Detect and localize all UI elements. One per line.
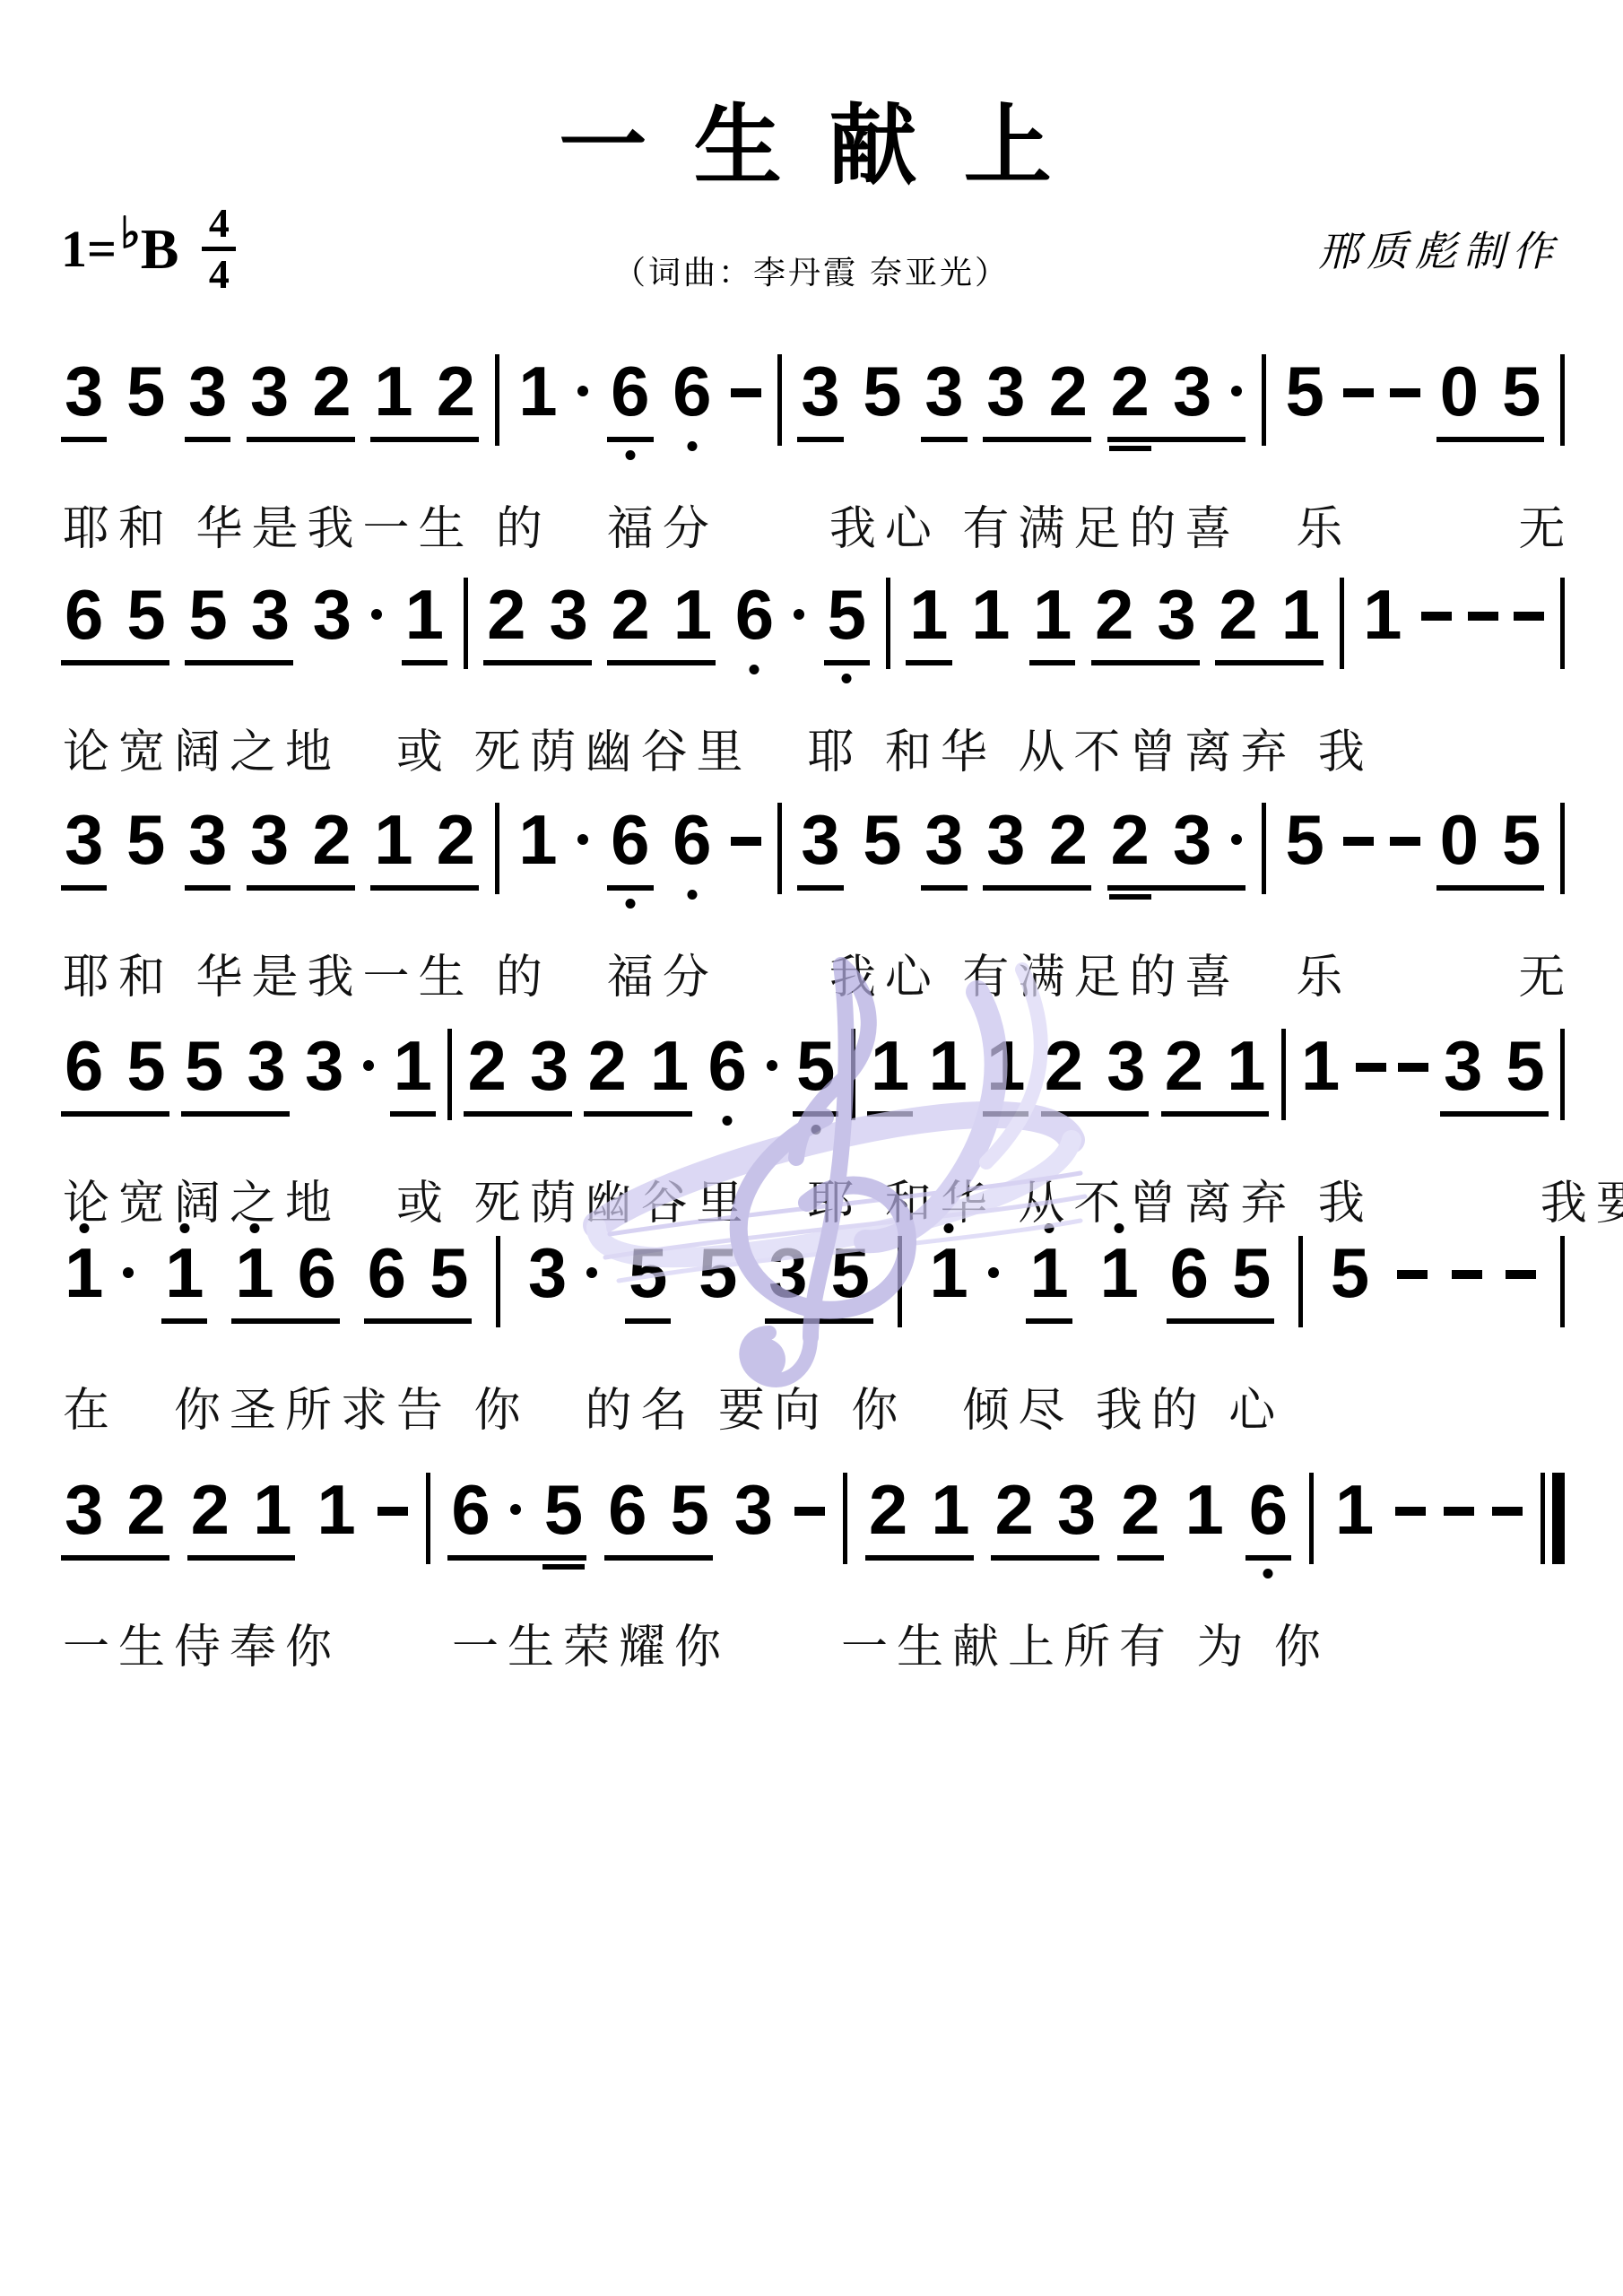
- note-digit: 1: [1281, 579, 1320, 649]
- song-title: 一 生 献 上: [0, 75, 1623, 202]
- note-group: 1: [1332, 1474, 1377, 1561]
- beamed-note-group: 16: [231, 1238, 340, 1324]
- note-digit: 6: [611, 804, 649, 874]
- thin-barline: [1541, 1473, 1545, 1564]
- note-digit: 1: [405, 579, 444, 649]
- barline: [898, 1236, 902, 1327]
- lyrics-row: 耶和 华是我一生 的 福分 我心 有满足的喜 乐 无: [63, 939, 1574, 1006]
- duration-dash: [1421, 612, 1452, 621]
- duration-dash: [1452, 1270, 1482, 1279]
- note-digit: 3: [65, 804, 103, 874]
- note-group: 1: [515, 804, 591, 891]
- note-digit: 3: [924, 356, 963, 426]
- beamed-note-group: 3: [185, 804, 230, 891]
- high-octave-dot: [1045, 1223, 1055, 1233]
- beamed-note-group: 3: [797, 804, 843, 891]
- beamed-note-group: 23: [991, 1474, 1099, 1561]
- notes-row: 322116565321232161: [61, 1474, 1565, 1564]
- augmentation-dot: [577, 386, 588, 396]
- note-digit: 5: [1502, 356, 1541, 426]
- note-digit: 3: [1173, 804, 1211, 874]
- lyrics-row: 耶和 华是我一生 的 福分 我心 有满足的喜 乐 无: [63, 491, 1574, 558]
- barline: [495, 354, 499, 446]
- music-line: 11166535535111655在 你圣所求告 你 的名 要向 你 倾尽 我的…: [61, 1238, 1565, 1327]
- beamed-note-group: 32: [983, 804, 1091, 891]
- note-digit: 5: [828, 579, 866, 649]
- note-digit: 5: [185, 1031, 223, 1100]
- low-octave-dot: [687, 441, 697, 451]
- note-digit: 1: [253, 1474, 291, 1544]
- beamed-note-group: 3: [797, 356, 843, 442]
- note-digit: 1: [518, 804, 557, 874]
- augmentation-dot: [586, 1267, 597, 1278]
- note-digit: 3: [1173, 356, 1211, 426]
- beamed-note-group: 1: [867, 1031, 913, 1117]
- augmentation-dot: [794, 609, 804, 620]
- barline: [1298, 1236, 1303, 1327]
- duration-dash: [1343, 388, 1374, 397]
- barline: [886, 578, 890, 669]
- note-digit: 2: [1121, 1474, 1159, 1544]
- note-group: 1: [1359, 579, 1405, 665]
- meter-numerator: 4: [209, 203, 230, 244]
- note-digit: 6: [611, 356, 649, 426]
- final-double-barline: [1541, 1473, 1565, 1564]
- beamed-note-group: 21: [607, 579, 716, 665]
- beamed-note-group: 35: [765, 1238, 873, 1324]
- note-digit: 3: [250, 356, 289, 426]
- high-octave-dot: [79, 1223, 89, 1233]
- note-digit: 6: [65, 579, 103, 649]
- augmentation-dot: [371, 609, 382, 620]
- low-octave-dot: [723, 1116, 733, 1126]
- note-group: 5: [859, 356, 905, 442]
- note-digit: 3: [247, 1031, 285, 1100]
- music-line: 322116565321232161一生侍奉你 一生荣耀你 一生献上所有 为 你: [61, 1474, 1565, 1564]
- note-digit: 2: [126, 1474, 165, 1544]
- low-octave-dot: [625, 450, 635, 460]
- duration-dash: [378, 1507, 408, 1516]
- beamed-note-group: 6: [1245, 1474, 1291, 1561]
- duration-dash: [1395, 1507, 1426, 1516]
- note-digit: 3: [924, 804, 963, 874]
- note-group: 1: [925, 1238, 1002, 1324]
- lyrics-row: 论宽阔之地 或 死荫幽谷里 耶 和华 从不曾离弃 我 我要: [63, 1165, 1623, 1232]
- beamed-note-group: 05: [1436, 804, 1545, 891]
- note-group: 6: [669, 804, 715, 891]
- lyrics-row: 论宽阔之地 或 死荫幽谷里 耶 和华 从不曾离弃 我: [63, 714, 1374, 781]
- note-group: 3: [309, 579, 386, 665]
- note-group: 1: [1097, 1238, 1142, 1324]
- producer-credit: 邢质彪制作: [1318, 219, 1560, 278]
- beamed-note-group: 5: [793, 1031, 838, 1117]
- note-digit: 1: [931, 1474, 969, 1544]
- note-digit: 2: [1165, 1031, 1203, 1100]
- note-digit: 3: [65, 1474, 103, 1544]
- beamed-note-group: 05: [1436, 356, 1545, 442]
- beamed-note-group: 23: [1107, 804, 1246, 891]
- note-digit: 3: [188, 804, 227, 874]
- note-digit: 3: [313, 579, 352, 649]
- note-digit: 3: [768, 1238, 807, 1308]
- note-digit: 2: [994, 1474, 1033, 1544]
- beamed-note-group: 53: [181, 1031, 290, 1117]
- note-digit: 2: [437, 804, 475, 874]
- duration-dash: [1343, 837, 1374, 846]
- note-digit: 1: [235, 1238, 273, 1308]
- note-digit: 1: [673, 579, 712, 649]
- beamed-note-group: 1: [1026, 1238, 1072, 1324]
- beamed-note-group: 65: [1167, 1238, 1275, 1324]
- augmentation-dot: [510, 1504, 521, 1515]
- duration-dash: [1398, 1063, 1428, 1072]
- thick-barline: [1552, 1473, 1565, 1564]
- note-digit: 3: [986, 356, 1025, 426]
- note-digit: 5: [126, 804, 165, 874]
- note-digit: 1: [1335, 1474, 1374, 1544]
- note-digit: 1: [165, 1238, 204, 1308]
- note-group: 6: [669, 356, 715, 442]
- duration-dash: [731, 837, 761, 846]
- note-digit: 6: [735, 579, 774, 649]
- note-digit: 1: [971, 579, 1010, 649]
- note-digit: 3: [65, 356, 103, 426]
- low-octave-dot: [842, 674, 852, 683]
- beamed-note-group: 5: [824, 579, 870, 665]
- note-digit: 1: [518, 356, 557, 426]
- beamed-note-group: 1: [1029, 579, 1075, 665]
- beamed-note-group: 23: [483, 579, 592, 665]
- note-digit: 5: [629, 1238, 667, 1308]
- note-digit: 3: [986, 804, 1025, 874]
- beamed-note-group: 6: [607, 804, 653, 891]
- note-digit: 3: [251, 579, 290, 649]
- note-digit: 1: [1185, 1474, 1223, 1544]
- note-digit: 2: [611, 579, 649, 649]
- note-digit: 3: [188, 356, 227, 426]
- note-digit: 5: [544, 1474, 583, 1544]
- note-group: 3: [731, 1474, 777, 1561]
- beamed-note-group: 23: [1041, 1031, 1150, 1117]
- beamed-note-group: 1: [390, 1031, 436, 1117]
- high-octave-dot: [1115, 1223, 1124, 1233]
- music-line: 35332121663533223505耶和 华是我一生 的 福分 我心 有满足…: [61, 356, 1565, 446]
- beamed-note-group: 2: [1117, 1474, 1163, 1561]
- note-group: 5: [859, 804, 905, 891]
- note-digit: 6: [673, 356, 711, 426]
- note-digit: 3: [305, 1031, 343, 1100]
- note-digit: 5: [1331, 1238, 1369, 1308]
- note-group: 5: [1281, 804, 1327, 891]
- note-digit: 2: [312, 356, 351, 426]
- barline: [1281, 1029, 1286, 1120]
- duration-dash: [1356, 1063, 1386, 1072]
- note-group: 1: [61, 1238, 137, 1324]
- note-digit: 3: [1444, 1031, 1482, 1100]
- duration-dash: [1390, 388, 1420, 397]
- beamed-note-group: 32: [61, 1474, 169, 1561]
- note-digit: 6: [673, 804, 711, 874]
- note-digit: 2: [1111, 356, 1150, 426]
- augmentation-dot: [363, 1060, 374, 1071]
- note-digit: 5: [699, 1238, 737, 1308]
- beamed-note-group: 65: [61, 579, 169, 665]
- beamed-note-group: 12: [370, 356, 479, 442]
- note-digit: 1: [65, 1238, 103, 1308]
- note-group: 1: [313, 1474, 359, 1561]
- note-digit: 5: [863, 804, 901, 874]
- note-digit: 3: [1107, 1031, 1145, 1100]
- note-group: 3: [301, 1031, 378, 1117]
- beamed-note-group: 3: [921, 356, 967, 442]
- note-digit: 5: [670, 1474, 708, 1544]
- note-digit: 5: [1285, 804, 1324, 874]
- note-digit: 2: [487, 579, 525, 649]
- barline: [1262, 354, 1266, 446]
- beamed-note-group: 1: [402, 579, 447, 665]
- beamed-note-group: 3: [61, 356, 107, 442]
- duration-dash: [1492, 1507, 1523, 1516]
- note-group: 1: [924, 1031, 970, 1117]
- beamed-note-group: 5: [625, 1238, 671, 1324]
- duration-dash: [731, 388, 761, 397]
- note-group: 1: [1298, 1031, 1343, 1117]
- augmentation-dot: [577, 834, 588, 845]
- note-digit: 3: [734, 1474, 773, 1544]
- note-digit: 1: [1363, 579, 1402, 649]
- note-digit: 5: [188, 579, 227, 649]
- barline: [1560, 354, 1565, 446]
- note-digit: 2: [1049, 804, 1088, 874]
- beamed-note-group: 21: [187, 1474, 296, 1561]
- augmentation-dot: [988, 1267, 999, 1278]
- note-digit: 5: [1502, 804, 1541, 874]
- duration-dash: [1514, 612, 1544, 621]
- note-digit: 1: [909, 579, 948, 649]
- note-digit: 1: [928, 1031, 967, 1100]
- duration-dash: [1390, 837, 1420, 846]
- note-group: 1: [515, 356, 591, 442]
- note-group: 1: [968, 579, 1013, 665]
- note-digit: 5: [796, 1031, 835, 1100]
- augmentation-dot: [123, 1267, 134, 1278]
- notes-row: 11166535535111655: [61, 1238, 1565, 1327]
- note-digit: 0: [1440, 804, 1479, 874]
- high-octave-dot: [179, 1223, 189, 1233]
- note-group: 5: [1327, 1238, 1373, 1324]
- barline: [1560, 803, 1565, 894]
- note-digit: 3: [1157, 579, 1195, 649]
- note-digit: 1: [394, 1031, 432, 1100]
- barline: [777, 803, 782, 894]
- barline: [851, 1029, 855, 1120]
- note-digit: 3: [528, 1238, 567, 1308]
- note-group: 6: [732, 579, 808, 665]
- beamed-note-group: 65: [447, 1474, 586, 1561]
- beamed-note-group: 1: [161, 1238, 207, 1324]
- beamed-note-group: 21: [584, 1031, 692, 1117]
- beamed-note-group: 21: [865, 1474, 974, 1561]
- note-digit: 5: [430, 1238, 468, 1308]
- note-digit: 2: [1111, 804, 1150, 874]
- low-octave-dot: [811, 1125, 820, 1135]
- beamed-note-group: 23: [1091, 579, 1200, 665]
- beamed-note-group: 23: [1107, 356, 1246, 442]
- note-digit: 1: [986, 1031, 1025, 1100]
- duration-dash: [1468, 612, 1498, 621]
- note-digit: 3: [250, 804, 289, 874]
- duration-dash: [794, 1507, 825, 1516]
- beamed-note-group: 32: [247, 356, 355, 442]
- augmentation-dot: [1231, 386, 1242, 396]
- barline: [1309, 1473, 1314, 1564]
- barline: [1560, 1236, 1565, 1327]
- note-digit: 0: [1440, 356, 1479, 426]
- note-digit: 6: [451, 1474, 490, 1544]
- beamed-note-group: 1: [906, 579, 951, 665]
- note-digit: 2: [467, 1031, 506, 1100]
- note-digit: 1: [650, 1031, 689, 1100]
- beamed-note-group: 53: [185, 579, 293, 665]
- note-digit: 6: [1170, 1238, 1209, 1308]
- notes-row: 35332121663533223505: [61, 804, 1565, 894]
- note-group: 5: [1281, 356, 1327, 442]
- note-digit: 6: [608, 1474, 647, 1544]
- lyrics-row: 在 你圣所求告 你 的名 要向 你 倾尽 我的 心: [63, 1372, 1284, 1439]
- barline: [1560, 1029, 1565, 1120]
- barline: [1340, 578, 1344, 669]
- barline: [495, 803, 499, 894]
- duration-dash: [1506, 1270, 1536, 1279]
- beamed-note-group: 65: [364, 1238, 473, 1324]
- beamed-note-group: 3: [61, 804, 107, 891]
- beamed-note-group: 12: [370, 804, 479, 891]
- barline: [447, 1029, 452, 1120]
- notes-row: 65533123216511123211: [61, 579, 1565, 669]
- barline: [1560, 578, 1565, 669]
- note-digit: 5: [831, 1238, 870, 1308]
- low-octave-dot: [687, 890, 697, 900]
- note-digit: 6: [65, 1031, 103, 1100]
- barline: [496, 1236, 500, 1327]
- notes-row: 6553312321651112321135: [61, 1031, 1565, 1120]
- music-line: 6553312321651112321135论宽阔之地 或 死荫幽谷里 耶 和华…: [61, 1031, 1565, 1120]
- note-digit: 1: [1029, 1238, 1068, 1308]
- note-digit: 2: [869, 1474, 907, 1544]
- note-digit: 1: [1301, 1031, 1340, 1100]
- beamed-note-group: 3: [921, 804, 967, 891]
- duration-dash: [1444, 1507, 1474, 1516]
- note-digit: 1: [1100, 1238, 1139, 1308]
- beamed-note-group: 23: [464, 1031, 572, 1117]
- beamed-note-group: 32: [247, 804, 355, 891]
- note-digit: 5: [1285, 356, 1324, 426]
- note-digit: 1: [929, 1238, 968, 1308]
- high-octave-dot: [249, 1223, 259, 1233]
- beamed-note-group: 3: [185, 356, 230, 442]
- note-digit: 3: [1057, 1474, 1096, 1544]
- beamed-note-group: 65: [61, 1031, 169, 1117]
- barline: [843, 1473, 847, 1564]
- note-digit: 2: [191, 1474, 230, 1544]
- note-digit: 5: [1506, 1031, 1544, 1100]
- beamed-note-group: 32: [983, 356, 1091, 442]
- note-digit: 1: [1033, 579, 1072, 649]
- sheet-music-page: 一 生 献 上 1=♭B 4 4 （词曲：李丹霞 奈亚光） 邢质彪制作 3533…: [0, 0, 1623, 2296]
- music-line: 65533123216511123211论宽阔之地 或 死荫幽谷里 耶 和华 从…: [61, 579, 1565, 669]
- low-octave-dot: [625, 899, 635, 909]
- note-digit: 1: [374, 804, 412, 874]
- lyrics-row: 一生侍奉你 一生荣耀你 一生献上所有 为 你: [63, 1609, 1330, 1676]
- note-digit: 3: [801, 804, 839, 874]
- note-digit: 1: [374, 356, 412, 426]
- note-digit: 5: [126, 356, 165, 426]
- barline: [464, 578, 468, 669]
- note-group: 1: [1181, 1474, 1227, 1561]
- note-group: 5: [123, 804, 169, 891]
- beamed-note-group: 21: [1215, 579, 1324, 665]
- beamed-note-group: 35: [1440, 1031, 1549, 1117]
- augmentation-dot: [1231, 834, 1242, 845]
- note-digit: 1: [1227, 1031, 1265, 1100]
- duration-dash: [1397, 1270, 1428, 1279]
- note-digit: 3: [530, 1031, 568, 1100]
- low-octave-dot: [1263, 1569, 1273, 1578]
- beamed-note-group: 6: [607, 356, 653, 442]
- notes-row: 35332121663533223505: [61, 356, 1565, 446]
- note-digit: 2: [1049, 356, 1088, 426]
- barline: [1262, 803, 1266, 894]
- note-digit: 6: [298, 1238, 336, 1308]
- beamed-note-group: 21: [1161, 1031, 1270, 1117]
- note-digit: 2: [1219, 579, 1257, 649]
- barline: [777, 354, 782, 446]
- note-digit: 5: [126, 579, 165, 649]
- note-digit: 6: [1249, 1474, 1288, 1544]
- note-digit: 2: [312, 804, 351, 874]
- note-digit: 2: [1095, 579, 1133, 649]
- note-digit: 3: [549, 579, 587, 649]
- note-digit: 5: [1232, 1238, 1271, 1308]
- note-digit: 2: [1045, 1031, 1083, 1100]
- note-digit: 5: [126, 1031, 165, 1100]
- music-line: 35332121663533223505耶和 华是我一生 的 福分 我心 有满足…: [61, 804, 1565, 894]
- augmentation-dot: [767, 1060, 777, 1071]
- low-octave-dot: [750, 665, 759, 674]
- beamed-note-group: 1: [983, 1031, 1028, 1117]
- note-digit: 2: [587, 1031, 626, 1100]
- note-digit: 6: [707, 1031, 746, 1100]
- note-digit: 6: [368, 1238, 406, 1308]
- note-group: 5: [123, 356, 169, 442]
- note-digit: 2: [437, 356, 475, 426]
- barline: [426, 1473, 430, 1564]
- note-group: 5: [695, 1238, 741, 1324]
- note-digit: 1: [317, 1474, 355, 1544]
- beamed-note-group: 65: [604, 1474, 713, 1561]
- note-digit: 1: [871, 1031, 909, 1100]
- note-group: 3: [525, 1238, 601, 1324]
- note-group: 6: [704, 1031, 780, 1117]
- high-octave-dot: [944, 1223, 954, 1233]
- note-digit: 5: [863, 356, 901, 426]
- note-digit: 3: [801, 356, 839, 426]
